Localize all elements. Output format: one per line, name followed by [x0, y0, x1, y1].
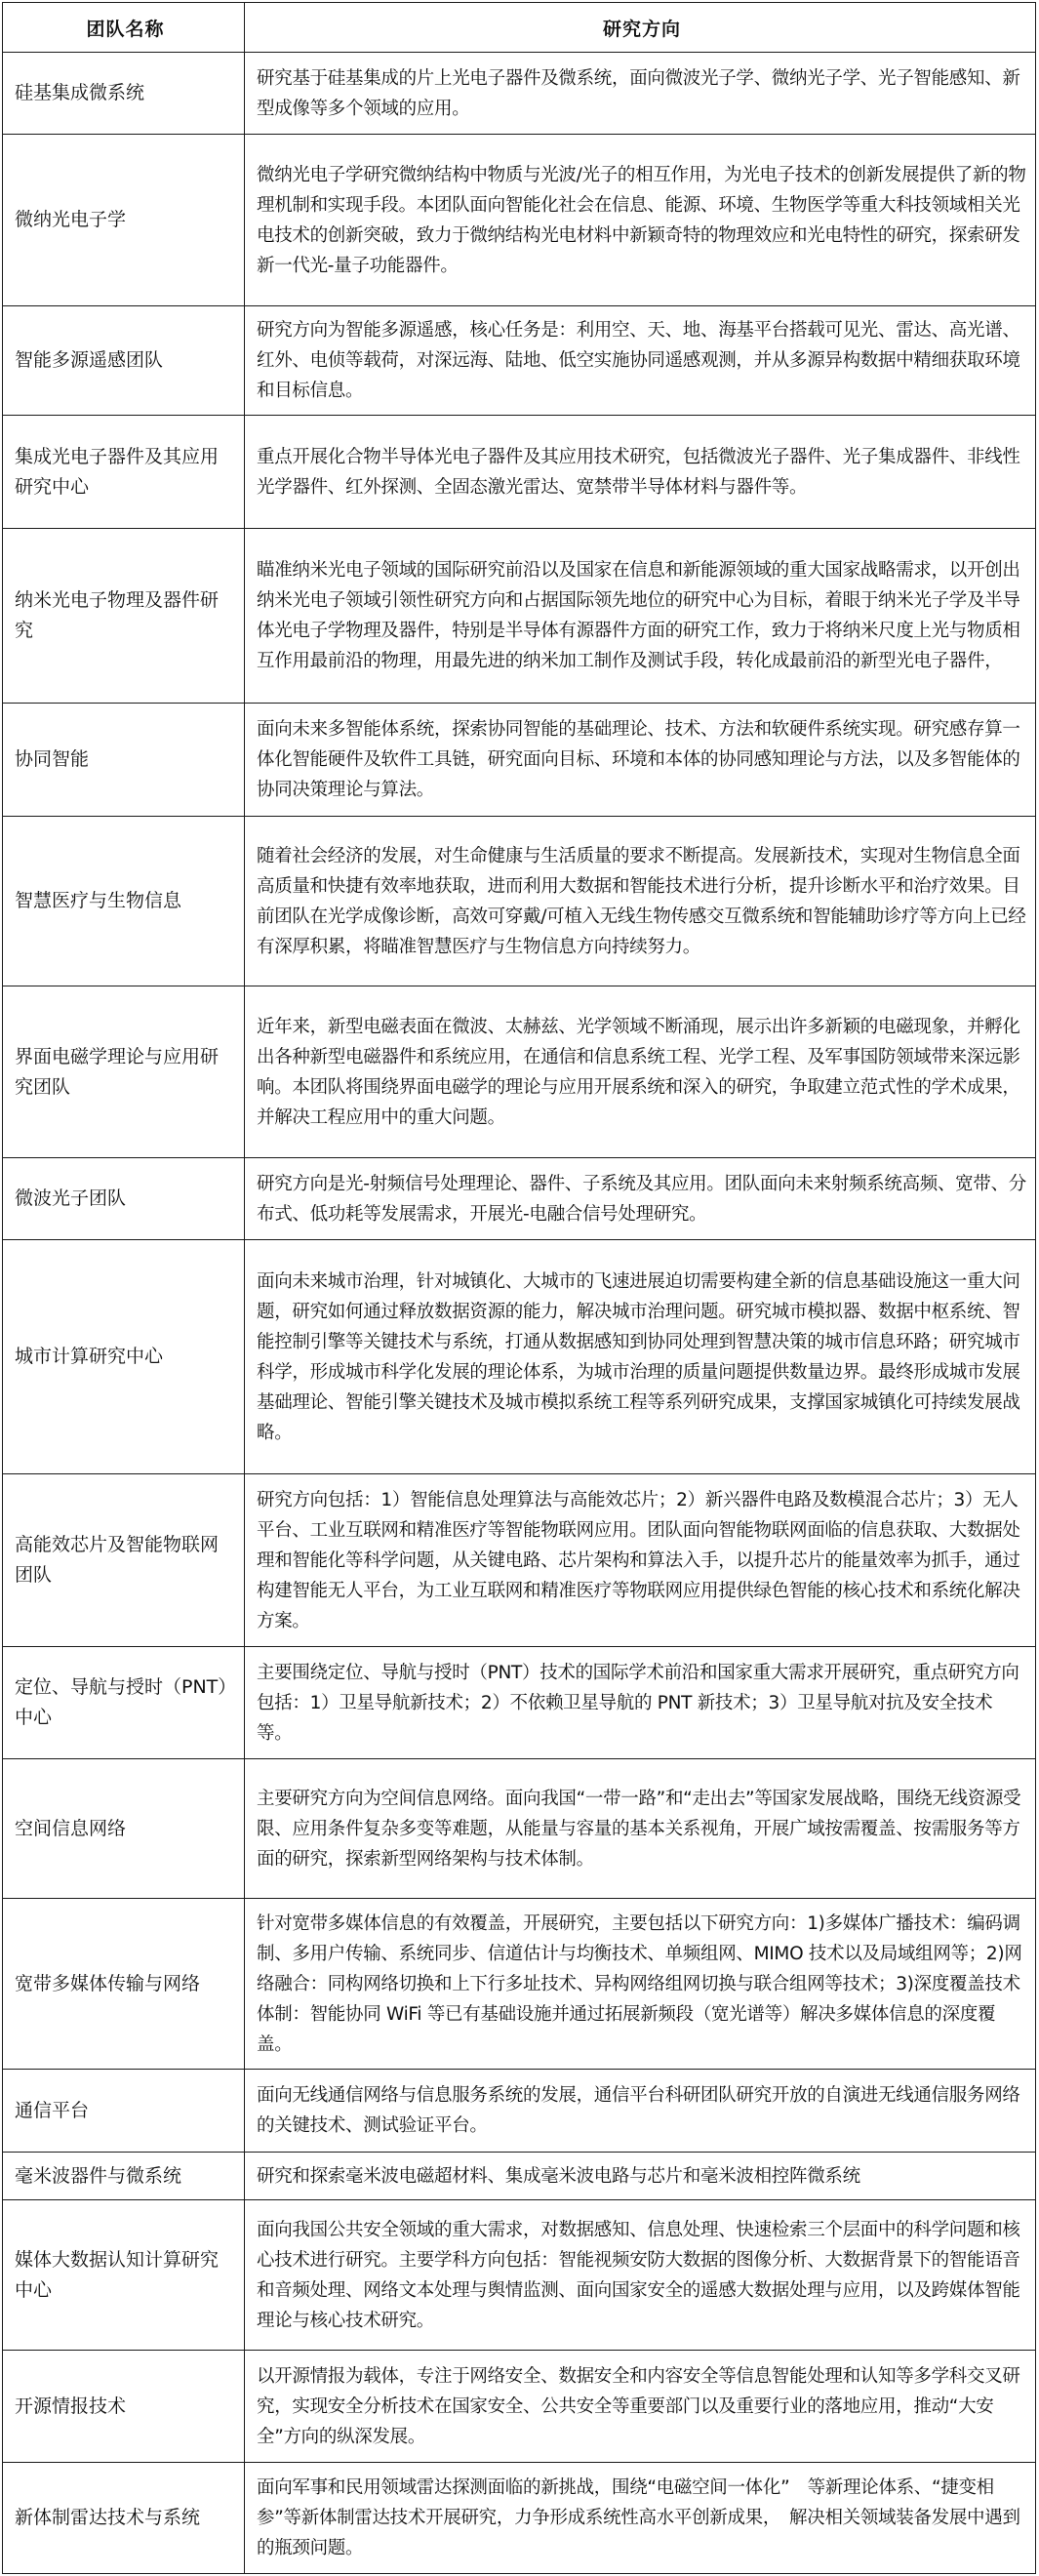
table-row: 高能效芯片及智能物联网团队研究方向包括：1）智能信息处理算法与高能效芯片；2）新…	[3, 1474, 1036, 1647]
table-row: 智慧医疗与生物信息随着社会经济的发展，对生命健康与生活质量的要求不断提高。发展新…	[3, 817, 1036, 986]
research-direction-cell: 近年来，新型电磁表面在微波、太赫兹、光学领域不断涌现，展示出许多新颖的电磁现象，…	[245, 986, 1036, 1158]
header-research-direction: 研究方向	[245, 3, 1036, 53]
team-name-cell: 媒体大数据认知计算研究中心	[3, 2200, 245, 2351]
table-row: 新体制雷达技术与系统面向军事和民用领域雷达探测面临的新挑战，围绕“电磁空间一体化…	[3, 2463, 1036, 2574]
research-direction-cell: 主要研究方向为空间信息网络。面向我国“一带一路”和“走出去”等国家发展战略，围绕…	[245, 1759, 1036, 1899]
team-name-cell: 空间信息网络	[3, 1759, 245, 1899]
table-row: 城市计算研究中心面向未来城市治理，针对城镇化、大城市的飞速进展迫切需要构建全新的…	[3, 1240, 1036, 1474]
team-name-cell: 协同智能	[3, 704, 245, 817]
table-row: 微纳光电子学微纳光电子学研究微纳结构中物质与光波/光子的相互作用，为光电子技术的…	[3, 135, 1036, 306]
research-direction-cell: 研究方向为智能多源遥感，核心任务是：利用空、天、地、海基平台搭载可见光、雷达、高…	[245, 306, 1036, 416]
team-name-cell: 毫米波器件与微系统	[3, 2153, 245, 2200]
table-row: 毫米波器件与微系统研究和探索毫米波电磁超材料、集成毫米波电路与芯片和毫米波相控阵…	[3, 2153, 1036, 2200]
team-name-cell: 高能效芯片及智能物联网团队	[3, 1474, 245, 1647]
team-name-cell: 城市计算研究中心	[3, 1240, 245, 1474]
table-row: 媒体大数据认知计算研究中心面向我国公共安全领域的重大需求，对数据感知、信息处理、…	[3, 2200, 1036, 2351]
research-direction-cell: 主要围绕定位、导航与授时（PNT）技术的国际学术前沿和国家重大需求开展研究，重点…	[245, 1647, 1036, 1759]
research-direction-cell: 研究方向包括：1）智能信息处理算法与高能效芯片；2）新兴器件电路及数模混合芯片；…	[245, 1474, 1036, 1647]
research-direction-cell: 随着社会经济的发展，对生命健康与生活质量的要求不断提高。发展新技术，实现对生物信…	[245, 817, 1036, 986]
research-direction-cell: 研究方向是光-射频信号处理理论、器件、子系统及其应用。团队面向未来射频系统高频、…	[245, 1158, 1036, 1240]
table-row: 界面电磁学理论与应用研究团队近年来，新型电磁表面在微波、太赫兹、光学领域不断涌现…	[3, 986, 1036, 1158]
research-direction-cell: 研究基于硅基集成的片上光电子器件及微系统，面向微波光子学、微纳光子学、光子智能感…	[245, 53, 1036, 135]
table-row: 通信平台面向无线通信网络与信息服务系统的发展，通信平台科研团队研究开放的自演进无…	[3, 2070, 1036, 2153]
research-direction-cell: 面向我国公共安全领域的重大需求，对数据感知、信息处理、快速检索三个层面中的科学问…	[245, 2200, 1036, 2351]
team-name-cell: 新体制雷达技术与系统	[3, 2463, 245, 2574]
table-row: 纳米光电子物理及器件研究瞄准纳米光电子领域的国际研究前沿以及国家在信息和新能源领…	[3, 529, 1036, 704]
team-name-cell: 定位、导航与授时（PNT）中心	[3, 1647, 245, 1759]
research-direction-cell: 微纳光电子学研究微纳结构中物质与光波/光子的相互作用，为光电子技术的创新发展提供…	[245, 135, 1036, 306]
team-name-cell: 智慧医疗与生物信息	[3, 817, 245, 986]
research-direction-cell: 重点开展化合物半导体光电子器件及其应用技术研究，包括微波光子器件、光子集成器件、…	[245, 416, 1036, 529]
header-team-name: 团队名称	[3, 3, 245, 53]
table-row: 微波光子团队研究方向是光-射频信号处理理论、器件、子系统及其应用。团队面向未来射…	[3, 1158, 1036, 1240]
table-header-row: 团队名称 研究方向	[3, 3, 1036, 53]
team-name-cell: 纳米光电子物理及器件研究	[3, 529, 245, 704]
team-name-cell: 微波光子团队	[3, 1158, 245, 1240]
research-direction-cell: 面向军事和民用领域雷达探测面临的新挑战，围绕“电磁空间一体化” 等新理论体系、“…	[245, 2463, 1036, 2574]
table-body: 硅基集成微系统研究基于硅基集成的片上光电子器件及微系统，面向微波光子学、微纳光子…	[3, 53, 1036, 2574]
research-direction-cell: 针对宽带多媒体信息的有效覆盖，开展研究，主要包括以下研究方向：1)多媒体广播技术…	[245, 1899, 1036, 2070]
table-row: 协同智能面向未来多智能体系统，探索协同智能的基础理论、技术、方法和软硬件系统实现…	[3, 704, 1036, 817]
team-name-cell: 智能多源遥感团队	[3, 306, 245, 416]
table-row: 宽带多媒体传输与网络针对宽带多媒体信息的有效覆盖，开展研究，主要包括以下研究方向…	[3, 1899, 1036, 2070]
team-name-cell: 微纳光电子学	[3, 135, 245, 306]
team-name-cell: 通信平台	[3, 2070, 245, 2153]
research-direction-cell: 面向未来城市治理，针对城镇化、大城市的飞速进展迫切需要构建全新的信息基础设施这一…	[245, 1240, 1036, 1474]
research-teams-table: 团队名称 研究方向 硅基集成微系统研究基于硅基集成的片上光电子器件及微系统，面向…	[2, 2, 1036, 2574]
table-row: 空间信息网络主要研究方向为空间信息网络。面向我国“一带一路”和“走出去”等国家发…	[3, 1759, 1036, 1899]
table-row: 集成光电子器件及其应用研究中心重点开展化合物半导体光电子器件及其应用技术研究，包…	[3, 416, 1036, 529]
table-row: 硅基集成微系统研究基于硅基集成的片上光电子器件及微系统，面向微波光子学、微纳光子…	[3, 53, 1036, 135]
research-direction-cell: 研究和探索毫米波电磁超材料、集成毫米波电路与芯片和毫米波相控阵微系统	[245, 2153, 1036, 2200]
team-name-cell: 开源情报技术	[3, 2351, 245, 2463]
team-name-cell: 硅基集成微系统	[3, 53, 245, 135]
table-row: 定位、导航与授时（PNT）中心主要围绕定位、导航与授时（PNT）技术的国际学术前…	[3, 1647, 1036, 1759]
table-row: 智能多源遥感团队研究方向为智能多源遥感，核心任务是：利用空、天、地、海基平台搭载…	[3, 306, 1036, 416]
table-row: 开源情报技术以开源情报为载体，专注于网络安全、数据安全和内容安全等信息智能处理和…	[3, 2351, 1036, 2463]
research-direction-cell: 以开源情报为载体，专注于网络安全、数据安全和内容安全等信息智能处理和认知等多学科…	[245, 2351, 1036, 2463]
research-direction-cell: 面向无线通信网络与信息服务系统的发展，通信平台科研团队研究开放的自演进无线通信服…	[245, 2070, 1036, 2153]
team-name-cell: 集成光电子器件及其应用研究中心	[3, 416, 245, 529]
research-direction-cell: 面向未来多智能体系统，探索协同智能的基础理论、技术、方法和软硬件系统实现。研究感…	[245, 704, 1036, 817]
team-name-cell: 宽带多媒体传输与网络	[3, 1899, 245, 2070]
research-direction-cell: 瞄准纳米光电子领域的国际研究前沿以及国家在信息和新能源领域的重大国家战略需求，以…	[245, 529, 1036, 704]
team-name-cell: 界面电磁学理论与应用研究团队	[3, 986, 245, 1158]
